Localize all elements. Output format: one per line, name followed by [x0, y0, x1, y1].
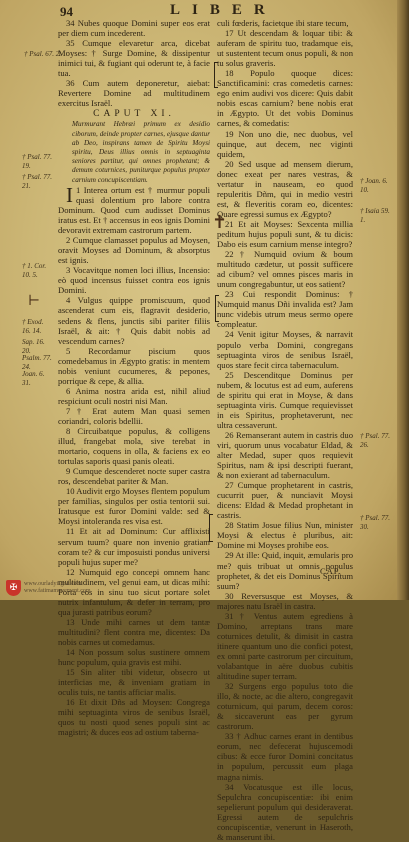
- verse-3: 3 Vocavitque nomen loci illius, Incensio…: [58, 265, 210, 295]
- verse-2: 2 Cumque clamasset populus ad Moysen, or…: [58, 235, 210, 265]
- verse-20: 20 Sed usque ad mensem dierum, donec exe…: [217, 159, 353, 219]
- margin-note: † Isaia 59. 1.: [360, 207, 390, 224]
- verse-35: 35 Cumque elevaretur arca, dicebat Moyse…: [58, 38, 210, 78]
- right-column: culi fœderis, facietque ibi stare tecum,…: [217, 18, 353, 600]
- verse-34: 34 Nubes quoque Domini super eos erat pe…: [58, 18, 210, 38]
- watermark-url: www.ourladyisgod.com: [24, 581, 91, 588]
- verse-26: 26 Remanserant autem in castris duo viri…: [217, 430, 353, 480]
- verse-18: 18 Populo quoque dices: Sanctificamini: …: [217, 68, 353, 128]
- verse-28: 28 Statim Josue filius Nun, minister Moy…: [217, 520, 353, 550]
- margin-note: † Psal. 77. 19.: [22, 153, 52, 170]
- margin-note: † Psal. 77. 30.: [360, 514, 390, 531]
- margin-note: † Psal. 67. 2.: [24, 50, 61, 59]
- papal-shield-icon: ✠: [6, 580, 21, 596]
- catchword: CAP.: [320, 566, 342, 576]
- verse-30: 30 Reversusque est Moyses, & majores nat…: [217, 591, 353, 600]
- margin-note: Joan. 6. 31.: [22, 370, 52, 387]
- margin-note: † 1. Cor. 10. 5.: [22, 262, 52, 279]
- chapter-summary: Murmurant Hebræi primum ex desidio cibor…: [58, 120, 210, 184]
- book-page: 94 LIBER 34 Nubes quoque Domini super eo…: [0, 0, 400, 600]
- verse-9: 9 Cumque descenderet nocte super castra …: [58, 466, 210, 486]
- verse-36: 36 Cum autem deponeretur, aiebat: Revert…: [58, 78, 210, 108]
- running-head: LIBER: [170, 2, 277, 19]
- verse-5: 5 Recordamur piscium quos comedebamus in…: [58, 346, 210, 386]
- verse-7: 7 † Erat autem Man quasi semen coriandri…: [58, 406, 210, 426]
- left-column: 34 Nubes quoque Domini super eos erat pe…: [58, 18, 210, 600]
- book-spine-edge: [397, 0, 409, 600]
- verse-10: 10 Audivit ergo Moyses flentem populum p…: [58, 486, 210, 526]
- margin-note: † Psal. 77. 21.: [22, 173, 52, 190]
- margin-note: † Joan. 6. 10.: [360, 177, 390, 194]
- verse-6: 6 Anima nostra arida est, nihil aliud re…: [58, 386, 210, 406]
- verse-17: 17 Ut descendam & loquar tibi: & auferam…: [217, 28, 353, 68]
- verse-continuation: culi fœderis, facietque ibi stare tecum,: [217, 18, 353, 28]
- verse-23: 23 Cui respondit Dominus: † Numquid manu…: [217, 289, 353, 329]
- verse-25: 25 Descenditque Dominus per nubem, & loc…: [217, 370, 353, 430]
- verse-8: 8 Circuibatque populus, & colligens illu…: [58, 426, 210, 466]
- verse-19: 19 Non uno die, nec duobus, vel quinque,…: [217, 129, 353, 159]
- verse-24: 24 Venit igitur Moyses, & narravit popul…: [217, 329, 353, 369]
- handwritten-bracket: [214, 62, 218, 88]
- margin-note: † Psal. 77. 26.: [360, 432, 390, 449]
- drop-cap-initial: I: [66, 186, 73, 204]
- watermark: ✠ www.ourladyisgod.com www.fatimamovemen…: [6, 580, 91, 596]
- verse-4: 4 Vulgus quippe promiscuum, quod ascende…: [58, 295, 210, 345]
- handwritten-bracket: [209, 514, 213, 542]
- margin-note: Sap. 16. 20.: [22, 338, 52, 355]
- chapter-heading: CAPUT XI.: [58, 109, 210, 119]
- handwritten-cross-mark: ✝: [212, 212, 227, 233]
- watermark-url: www.fatimamovement.com: [24, 588, 91, 595]
- verse-11: 11 Et ait ad Dominum: Cur afflixisti ser…: [58, 526, 210, 566]
- margin-note: Psalm. 77. 24.: [22, 354, 52, 371]
- verse-1: I1 Interea ortum est † murmur populi qua…: [58, 185, 210, 235]
- handwritten-bracket: [215, 295, 219, 322]
- verse-27: 27 Cumque prophetarent in castris, cucur…: [217, 480, 353, 520]
- verse-21: 21 Et ait Moyses: Sexcenta millia peditu…: [217, 219, 353, 249]
- verse-22: 22 † Numquid ovium & boum multitudo cæde…: [217, 249, 353, 289]
- margin-note: † Exod. 16. 14.: [22, 318, 52, 335]
- handwritten-mark: ⊢: [28, 293, 40, 310]
